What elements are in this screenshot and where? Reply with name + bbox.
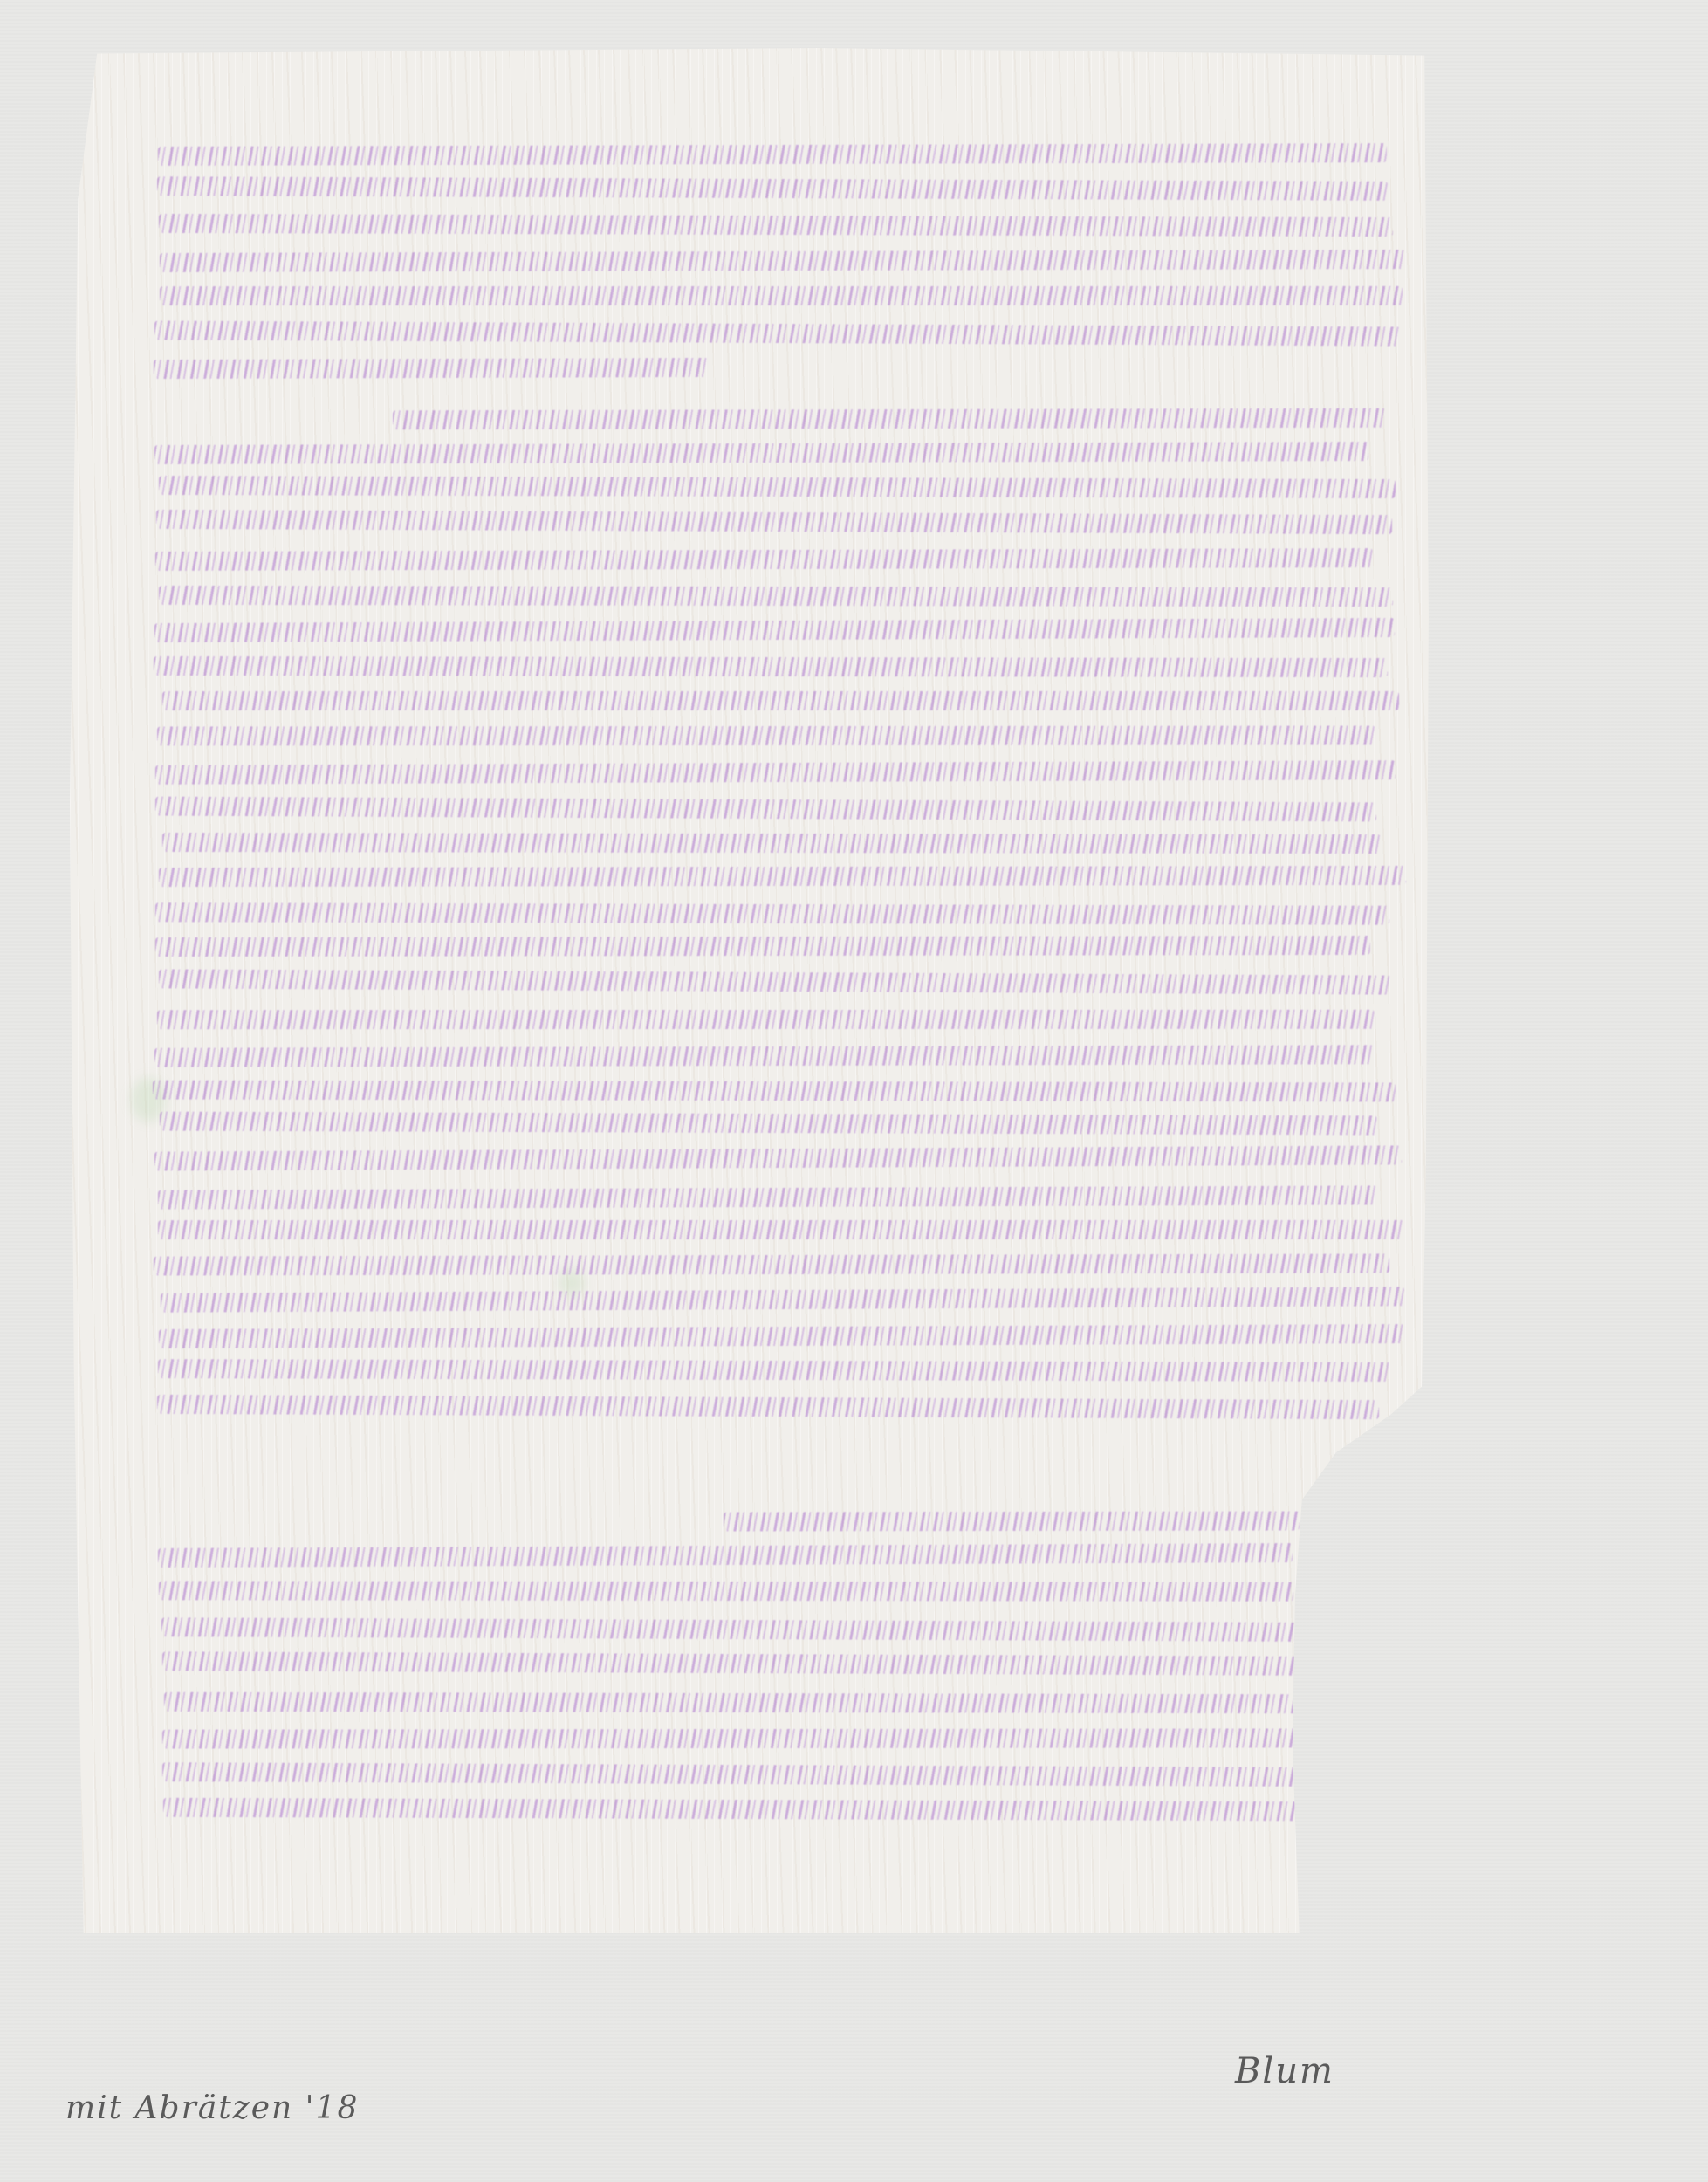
scribble-line	[162, 691, 1399, 710]
scribble-line	[159, 866, 1406, 887]
scribble-line	[158, 1359, 1391, 1382]
scribble-line	[162, 1798, 1297, 1821]
scribble-line	[159, 476, 1396, 498]
scribble-line	[159, 214, 1393, 237]
scribble-line	[160, 286, 1403, 305]
scribble-line	[159, 969, 1391, 994]
scribble-line	[154, 1254, 1389, 1276]
scribble-line	[162, 1651, 1297, 1675]
scribble-line	[160, 250, 1405, 272]
scribble-line	[154, 618, 1395, 642]
signature: Blum	[1235, 2051, 1334, 2091]
scribble-line	[393, 408, 1386, 430]
scribble-line	[154, 320, 1401, 346]
scribble-line	[162, 1762, 1297, 1787]
paper-sheet	[70, 48, 1431, 1933]
scribble-line	[159, 1581, 1293, 1601]
scribble-line	[158, 1220, 1404, 1239]
scribble-line	[155, 936, 1370, 957]
scribble-line	[158, 1544, 1293, 1568]
scribble-line	[157, 177, 1388, 202]
scribble-line	[158, 1185, 1377, 1209]
scribble-line	[159, 1324, 1404, 1348]
scribble-line	[157, 1010, 1375, 1029]
scribble-line	[155, 796, 1376, 821]
scribble-line	[155, 548, 1373, 571]
scribble-line	[155, 902, 1389, 925]
scribble-line	[154, 655, 1388, 676]
scribble-line	[164, 1692, 1299, 1713]
scribble-line	[161, 1617, 1296, 1642]
scribble-line	[153, 1080, 1396, 1101]
scribble-line	[154, 1145, 1402, 1170]
scribble-line	[159, 586, 1393, 607]
inscription-title-date: mit Abrätzen '18	[65, 2090, 359, 2126]
scribble-line	[724, 1511, 1300, 1531]
scribble-line	[158, 143, 1387, 166]
scribble-line	[161, 1287, 1404, 1313]
scribble-line	[154, 1046, 1374, 1067]
scribble-line	[154, 358, 709, 379]
scribble-line	[162, 833, 1381, 854]
scribble-line	[161, 1729, 1296, 1749]
scribble-line	[156, 510, 1392, 534]
scribble-line	[154, 442, 1368, 464]
scribble-line	[157, 1395, 1380, 1419]
scribble-line	[155, 761, 1396, 785]
scribble-line	[157, 726, 1375, 746]
scribble-line	[160, 1112, 1377, 1136]
